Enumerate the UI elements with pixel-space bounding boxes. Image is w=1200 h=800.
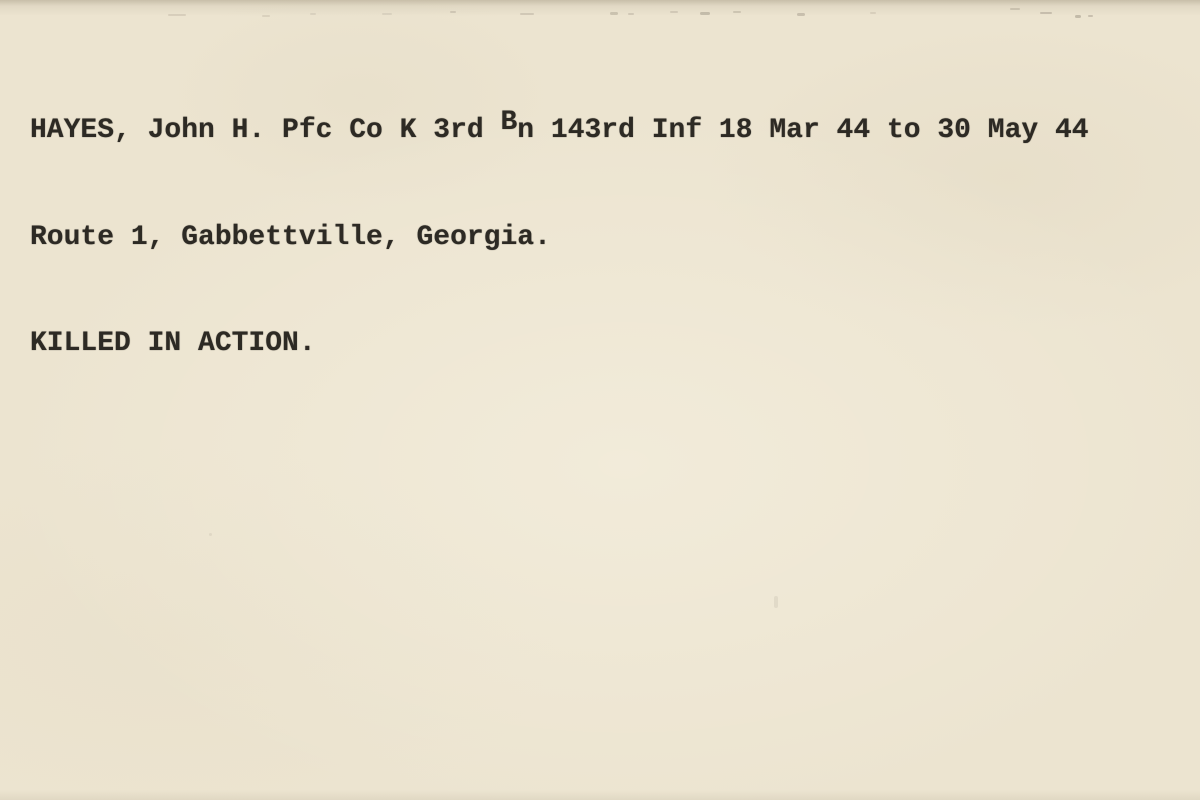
index-card: HAYES, John H. Pfc Co K 3rd Bn 143rd Inf…	[0, 0, 1200, 800]
address-line: Route 1, Gabbettville, Georgia.	[30, 220, 1089, 256]
service-record-post: n 143rd Inf 18 Mar 44 to 30 May 44	[517, 115, 1088, 146]
scan-speck	[797, 13, 805, 16]
service-record-line: HAYES, John H. Pfc Co K 3rd Bn 143rd Inf…	[30, 113, 1089, 149]
typed-text-block: HAYES, John H. Pfc Co K 3rd Bn 143rd Inf…	[30, 42, 1089, 433]
scan-speck	[1088, 15, 1093, 17]
scan-speck	[310, 13, 316, 15]
scan-speck	[382, 13, 392, 15]
scan-speck	[1075, 15, 1081, 18]
scan-speck	[520, 13, 534, 15]
scan-speck	[610, 12, 618, 15]
scan-speck	[774, 596, 778, 608]
scan-speck	[870, 12, 876, 14]
service-record-pre: HAYES, John H. Pfc Co K 3rd	[30, 115, 500, 146]
scan-speck	[450, 11, 456, 13]
scan-speck	[733, 11, 741, 13]
scan-speck	[1010, 8, 1020, 10]
service-record-superscript: B	[500, 105, 517, 141]
scan-speck	[1040, 12, 1052, 14]
scan-speck	[262, 15, 270, 17]
scan-speck	[168, 14, 186, 16]
scan-speck	[628, 13, 634, 15]
scan-speck	[670, 11, 678, 13]
scan-speck	[209, 533, 212, 536]
status-line: KILLED IN ACTION.	[30, 326, 1089, 362]
scan-speck	[700, 12, 710, 15]
